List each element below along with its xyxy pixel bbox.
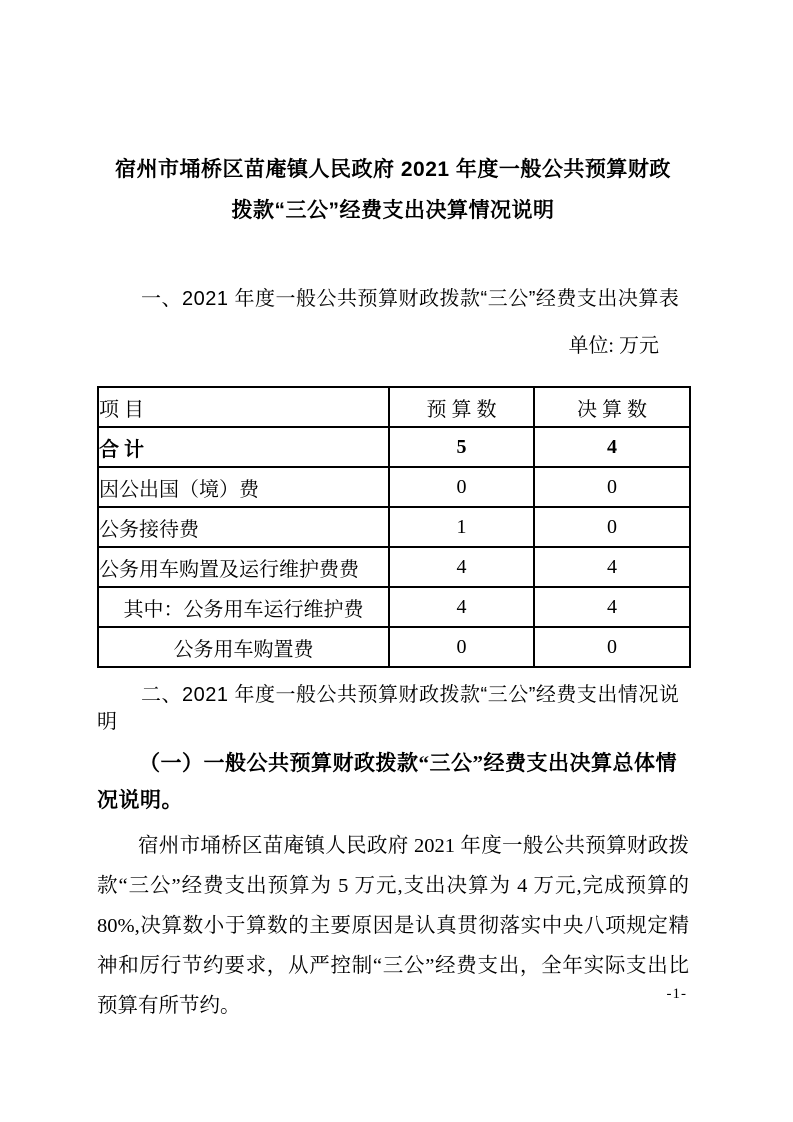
row-budget-value: 0 [389, 467, 534, 507]
table-row-vehicle-purchase: 公务用车购置费 0 0 [98, 627, 690, 667]
row-item-label: 公务接待费 [98, 507, 389, 547]
row-item-label: 公务用车购置及运行维护费费 [98, 547, 389, 587]
row-final-value: 0 [534, 467, 690, 507]
row-budget-value: 4 [389, 547, 534, 587]
col-header-budget: 预 算 数 [389, 387, 534, 427]
table-row-total: 合 计 5 4 [98, 427, 690, 467]
row-item-label: 其中：公务用车运行维护费 [98, 587, 389, 627]
row-final-value: 0 [534, 507, 690, 547]
row-budget-value: 4 [389, 587, 534, 627]
unit-note: 单位: 万元 [97, 329, 689, 358]
row-final-value: 4 [534, 547, 690, 587]
section1-heading: 一、2021 年度一般公共预算财政拨款“三公”经费支出决算表 [97, 286, 689, 313]
row-final-value: 0 [534, 627, 690, 667]
page-number: -1- [667, 986, 688, 1003]
table-row-vehicle-operation: 其中：公务用车运行维护费 4 4 [98, 587, 690, 627]
document-title: 宿州市埇桥区苗庵镇人民政府 2021 年度一般公共预算财政 拨款“三公”经费支出… [97, 149, 689, 231]
table-header-row: 项 目 预 算 数 决 算 数 [98, 387, 690, 427]
document-page: 宿州市埇桥区苗庵镇人民政府 2021 年度一般公共预算财政 拨款“三公”经费支出… [0, 0, 793, 1122]
row-final-value: 4 [534, 587, 690, 627]
title-line-1: 宿州市埇桥区苗庵镇人民政府 2021 年度一般公共预算财政 [97, 149, 689, 190]
section2-subheading: （一）一般公共预算财政拨款“三公”经费支出决算总体情况说明。 [97, 745, 689, 819]
page-content: 宿州市埇桥区苗庵镇人民政府 2021 年度一般公共预算财政 拨款“三公”经费支出… [97, 0, 689, 1026]
table-row-abroad: 因公出国（境）费 0 0 [98, 467, 690, 507]
body-paragraph: 宿州市埇桥区苗庵镇人民政府 2021 年度一般公共预算财政拨款“三公”经费支出预… [97, 826, 689, 1026]
expense-table: 项 目 预 算 数 决 算 数 合 计 5 4 因公出国（境）费 0 0 公务接 [97, 386, 691, 668]
row-item-label: 合 计 [98, 427, 389, 467]
row-budget-value: 0 [389, 627, 534, 667]
table-row-reception: 公务接待费 1 0 [98, 507, 690, 547]
row-budget-value: 1 [389, 507, 534, 547]
row-item-label: 公务用车购置费 [98, 627, 389, 667]
row-item-label: 因公出国（境）费 [98, 467, 389, 507]
table-row-vehicle-total: 公务用车购置及运行维护费费 4 4 [98, 547, 690, 587]
title-line-2: 拨款“三公”经费支出决算情况说明 [97, 190, 689, 231]
row-final-value: 4 [534, 427, 690, 467]
section2-heading: 二、2021 年度一般公共预算财政拨款“三公”经费支出情况说明 [97, 682, 689, 736]
col-header-final: 决 算 数 [534, 387, 690, 427]
row-budget-value: 5 [389, 427, 534, 467]
col-header-item: 项 目 [98, 387, 389, 427]
